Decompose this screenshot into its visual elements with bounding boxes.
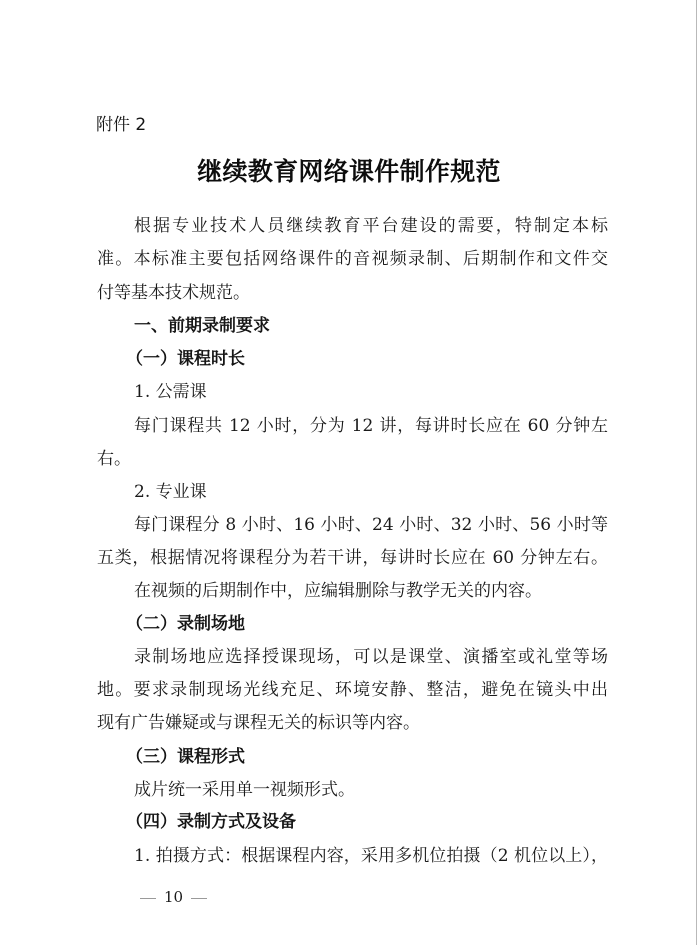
body-text-line: 成片统一采用单一视频形式。 [134, 777, 608, 803]
section-heading: 一、前期录制要求 [134, 313, 608, 339]
document-title: 继续教育网络课件制作规范 [0, 154, 698, 190]
body-text-line: 付等基本技术规范。 [97, 280, 608, 306]
body-text-line: 地。要求录制现场光线充足、环境安静、整洁，避免在镜头中出 [97, 677, 608, 703]
subsection-heading: （三）课程形式 [126, 744, 637, 770]
body-text-line: 五类，根据情况将课程分为若干讲，每讲时长应在 60 分钟左右。 [97, 545, 608, 571]
body-text-line: 右。 [97, 446, 608, 472]
body-text-line: 准。本标准主要包括网络课件的音视频录制、后期制作和文件交 [97, 246, 608, 272]
body-text-line: 每门课程分 8 小时、16 小时、24 小时、32 小时、56 小时等 [134, 512, 608, 538]
body-text-line: 2. 专业课 [134, 479, 608, 505]
body-text-line: 在视频的后期制作中，应编辑删除与教学无关的内容。 [134, 578, 608, 604]
subsection-heading: （一）课程时长 [126, 346, 637, 372]
attachment-label: 附件 2 [96, 113, 146, 137]
body-text-line: 1. 拍摄方式：根据课程内容，采用多机位拍摄（2 机位以上）， [134, 843, 608, 869]
body-text-line: 现有广告嫌疑或与课程无关的标识等内容。 [97, 710, 608, 736]
dash-right-icon [191, 898, 207, 899]
dash-left-icon [140, 898, 156, 899]
body-text-line: 录制场地应选择授课现场，可以是课堂、演播室或礼堂等场 [134, 644, 608, 670]
page-number: 10 [164, 888, 183, 906]
page-edge-border [696, 0, 697, 945]
body-text-line: 每门课程共 12 小时，分为 12 讲，每讲时长应在 60 分钟左 [134, 413, 608, 439]
body-text-line: 1. 公需课 [134, 379, 608, 405]
page-footer: 10 [132, 886, 215, 908]
subsection-heading: （四）录制方式及设备 [126, 809, 637, 835]
body-text-line: 根据专业技术人员继续教育平台建设的需要，特制定本标 [134, 213, 608, 239]
subsection-heading: （二）录制场地 [126, 611, 637, 637]
